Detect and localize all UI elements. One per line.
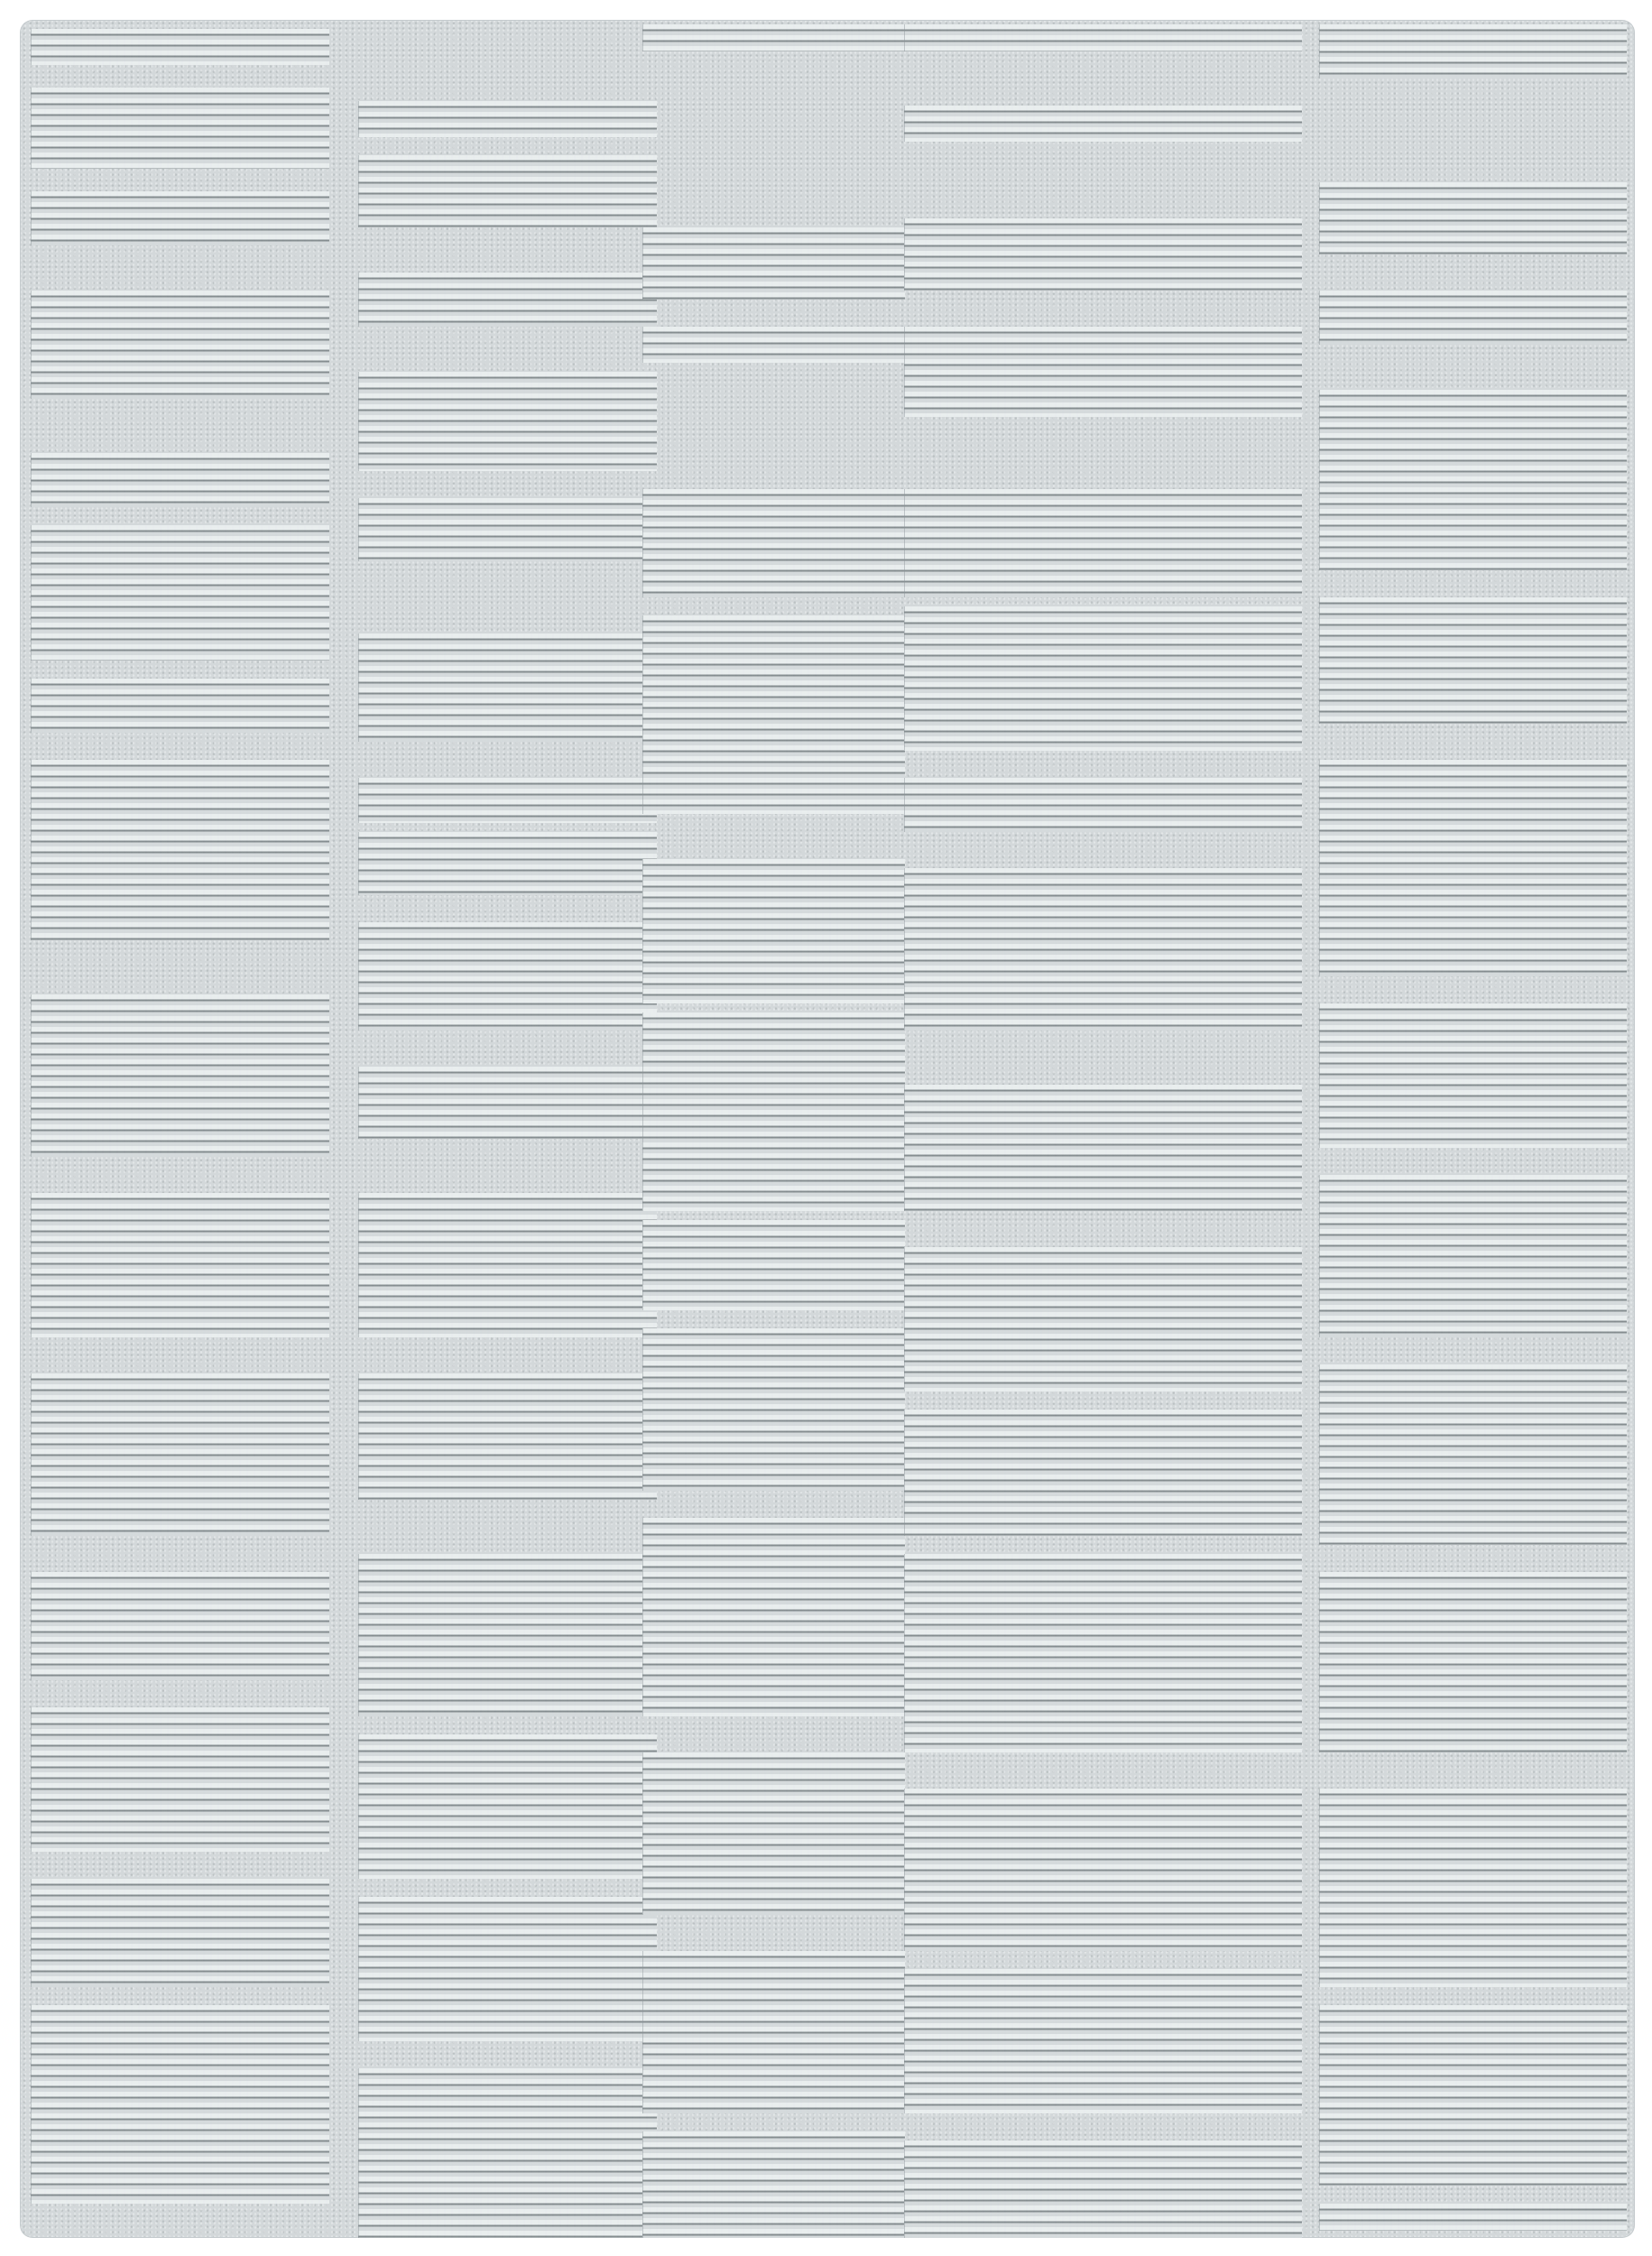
loop-pile-block (904, 327, 1302, 417)
loop-pile-block (642, 615, 905, 814)
loop-pile-block (1319, 182, 1627, 254)
loop-pile-block (31, 525, 329, 661)
loop-pile-block (642, 327, 905, 363)
loop-pile-block (358, 1734, 657, 1879)
loop-pile-block (904, 218, 1302, 291)
loop-pile-block (358, 778, 657, 823)
loop-pile-block (1319, 2005, 1627, 2186)
loop-pile-block (358, 155, 657, 227)
loop-pile-block (358, 1067, 657, 1139)
loop-pile-block (904, 1247, 1302, 1392)
loop-pile-block (642, 1518, 905, 1716)
loop-pile-block (904, 1789, 1302, 1951)
loop-pile-block (358, 1897, 657, 2041)
loop-pile-block (1319, 1175, 1627, 1337)
loop-pile-block (1319, 1789, 1627, 1987)
loop-pile-block (31, 88, 329, 169)
loop-pile-block (31, 679, 329, 733)
loop-pile-block (642, 1012, 905, 1211)
loop-pile-block (31, 760, 329, 940)
loop-pile-block (642, 1328, 905, 1491)
loop-pile-block (904, 1554, 1302, 1752)
loop-pile-block (358, 1373, 657, 1500)
loop-pile-block (642, 859, 905, 1003)
loop-pile-block (358, 1554, 657, 1716)
loop-pile-block (31, 1373, 329, 1536)
loop-pile-block (904, 1410, 1302, 1536)
loop-pile-block (904, 778, 1302, 832)
loop-pile-block (31, 2005, 329, 2204)
loop-pile-block (642, 24, 905, 51)
loop-pile-block (31, 1193, 329, 1337)
loop-pile-block (358, 372, 657, 471)
loop-pile-block (904, 24, 1302, 51)
loop-pile-block (1319, 1572, 1627, 1752)
loop-pile-block (642, 1951, 905, 2113)
loop-pile-block (31, 1879, 329, 1987)
loop-pile-block (358, 633, 657, 742)
loop-pile-block (904, 606, 1302, 751)
loop-pile-block (642, 1220, 905, 1310)
loop-pile-block (31, 291, 329, 399)
loop-pile-block (904, 868, 1302, 1031)
loop-pile-block (31, 1572, 329, 1680)
loop-pile-block (1319, 24, 1627, 79)
loop-pile-block (31, 29, 329, 65)
loop-pile-block (1319, 1364, 1627, 1545)
loop-pile-block (642, 489, 905, 597)
loop-pile-block (358, 273, 657, 327)
loop-pile-block (642, 1752, 905, 1915)
loop-pile-block (642, 227, 905, 300)
loop-pile-block (358, 101, 657, 137)
loop-pile-block (358, 1193, 657, 1337)
loop-pile-block (1319, 760, 1627, 976)
loop-pile-block (358, 832, 657, 895)
loop-pile-block (358, 498, 657, 561)
loop-pile-block (1319, 1003, 1627, 1148)
loop-pile-block (31, 1707, 329, 1852)
loop-pile-block (904, 2140, 1302, 2238)
loop-pile-block (1319, 291, 1627, 345)
loop-pile-block (904, 489, 1302, 597)
loop-pile-block (1319, 390, 1627, 570)
loop-pile-block (31, 994, 329, 1157)
loop-pile-block (1319, 597, 1627, 724)
loop-pile-block (904, 1085, 1302, 1211)
loop-pile-block (358, 922, 657, 1031)
loop-pile-block (31, 191, 329, 245)
rug-photo (20, 20, 1635, 2238)
loop-pile-block (31, 453, 329, 507)
loop-pile-block (642, 2131, 905, 2238)
loop-pile-block (1319, 2204, 1627, 2231)
loop-pile-block (904, 106, 1302, 142)
loop-pile-block (358, 2068, 657, 2238)
loop-pile-block (904, 1969, 1302, 2113)
